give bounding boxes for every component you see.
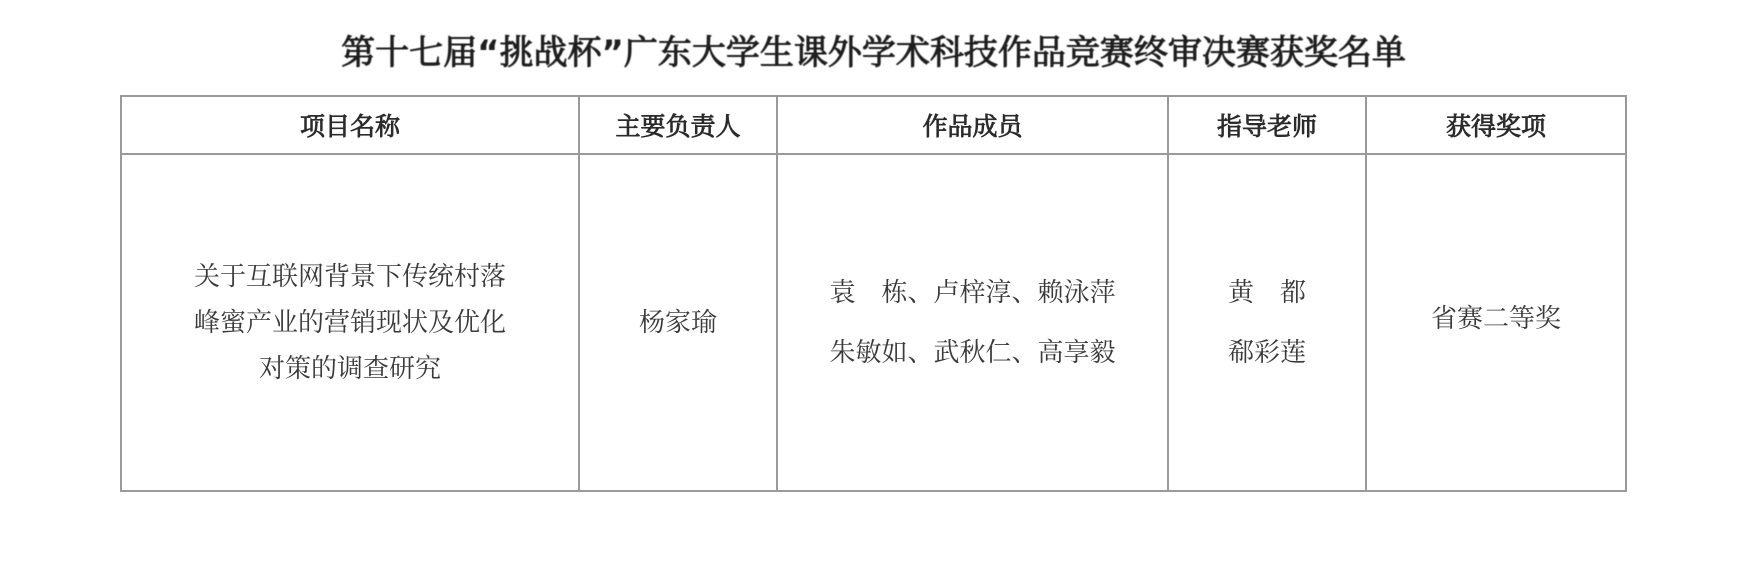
- project-name-line: 关于互联网背景下传统村落: [142, 254, 558, 300]
- lead-cell: 杨家瑜: [579, 154, 777, 491]
- document-title: 第十七届“挑战杯”广东大学生课外学术科技作品竞赛终审决赛获奖名单: [0, 30, 1747, 76]
- table-row: 关于互联网背景下传统村落 峰蜜产业的营销现状及优化 对策的调查研究 杨家瑜 袁 …: [121, 154, 1626, 491]
- advisors-cell: 黄 都 郗彩莲: [1168, 154, 1366, 491]
- advisor-name: 郗彩莲: [1169, 330, 1365, 376]
- header-project-name: 项目名称: [121, 96, 579, 154]
- project-name-line: 峰蜜产业的营销现状及优化: [142, 300, 558, 346]
- header-row: 项目名称 主要负责人 作品成员 指导老师 获得奖项: [121, 96, 1626, 154]
- lead-name: 杨家瑜: [639, 308, 717, 338]
- header-award: 获得奖项: [1366, 96, 1626, 154]
- header-members: 作品成员: [777, 96, 1168, 154]
- table-header: 项目名称 主要负责人 作品成员 指导老师 获得奖项: [121, 96, 1626, 154]
- award-cell: 省赛二等奖: [1366, 154, 1626, 491]
- project-name-line: 对策的调查研究: [142, 346, 558, 392]
- project-name-cell: 关于互联网背景下传统村落 峰蜜产业的营销现状及优化 对策的调查研究: [121, 154, 579, 491]
- table-body: 关于互联网背景下传统村落 峰蜜产业的营销现状及优化 对策的调查研究 杨家瑜 袁 …: [121, 154, 1626, 491]
- header-advisors: 指导老师: [1168, 96, 1366, 154]
- award-label: 省赛二等奖: [1431, 304, 1561, 334]
- header-lead: 主要负责人: [579, 96, 777, 154]
- members-line: 朱敏如、武秋仁、高享毅: [778, 330, 1167, 376]
- award-list-table: 项目名称 主要负责人 作品成员 指导老师 获得奖项 关于互联网背景下传统村落 峰…: [120, 95, 1627, 492]
- advisor-name: 黄 都: [1169, 270, 1365, 316]
- members-line: 袁 栋、卢梓淳、赖泳萍: [778, 270, 1167, 316]
- members-cell: 袁 栋、卢梓淳、赖泳萍 朱敏如、武秋仁、高享毅: [777, 154, 1168, 491]
